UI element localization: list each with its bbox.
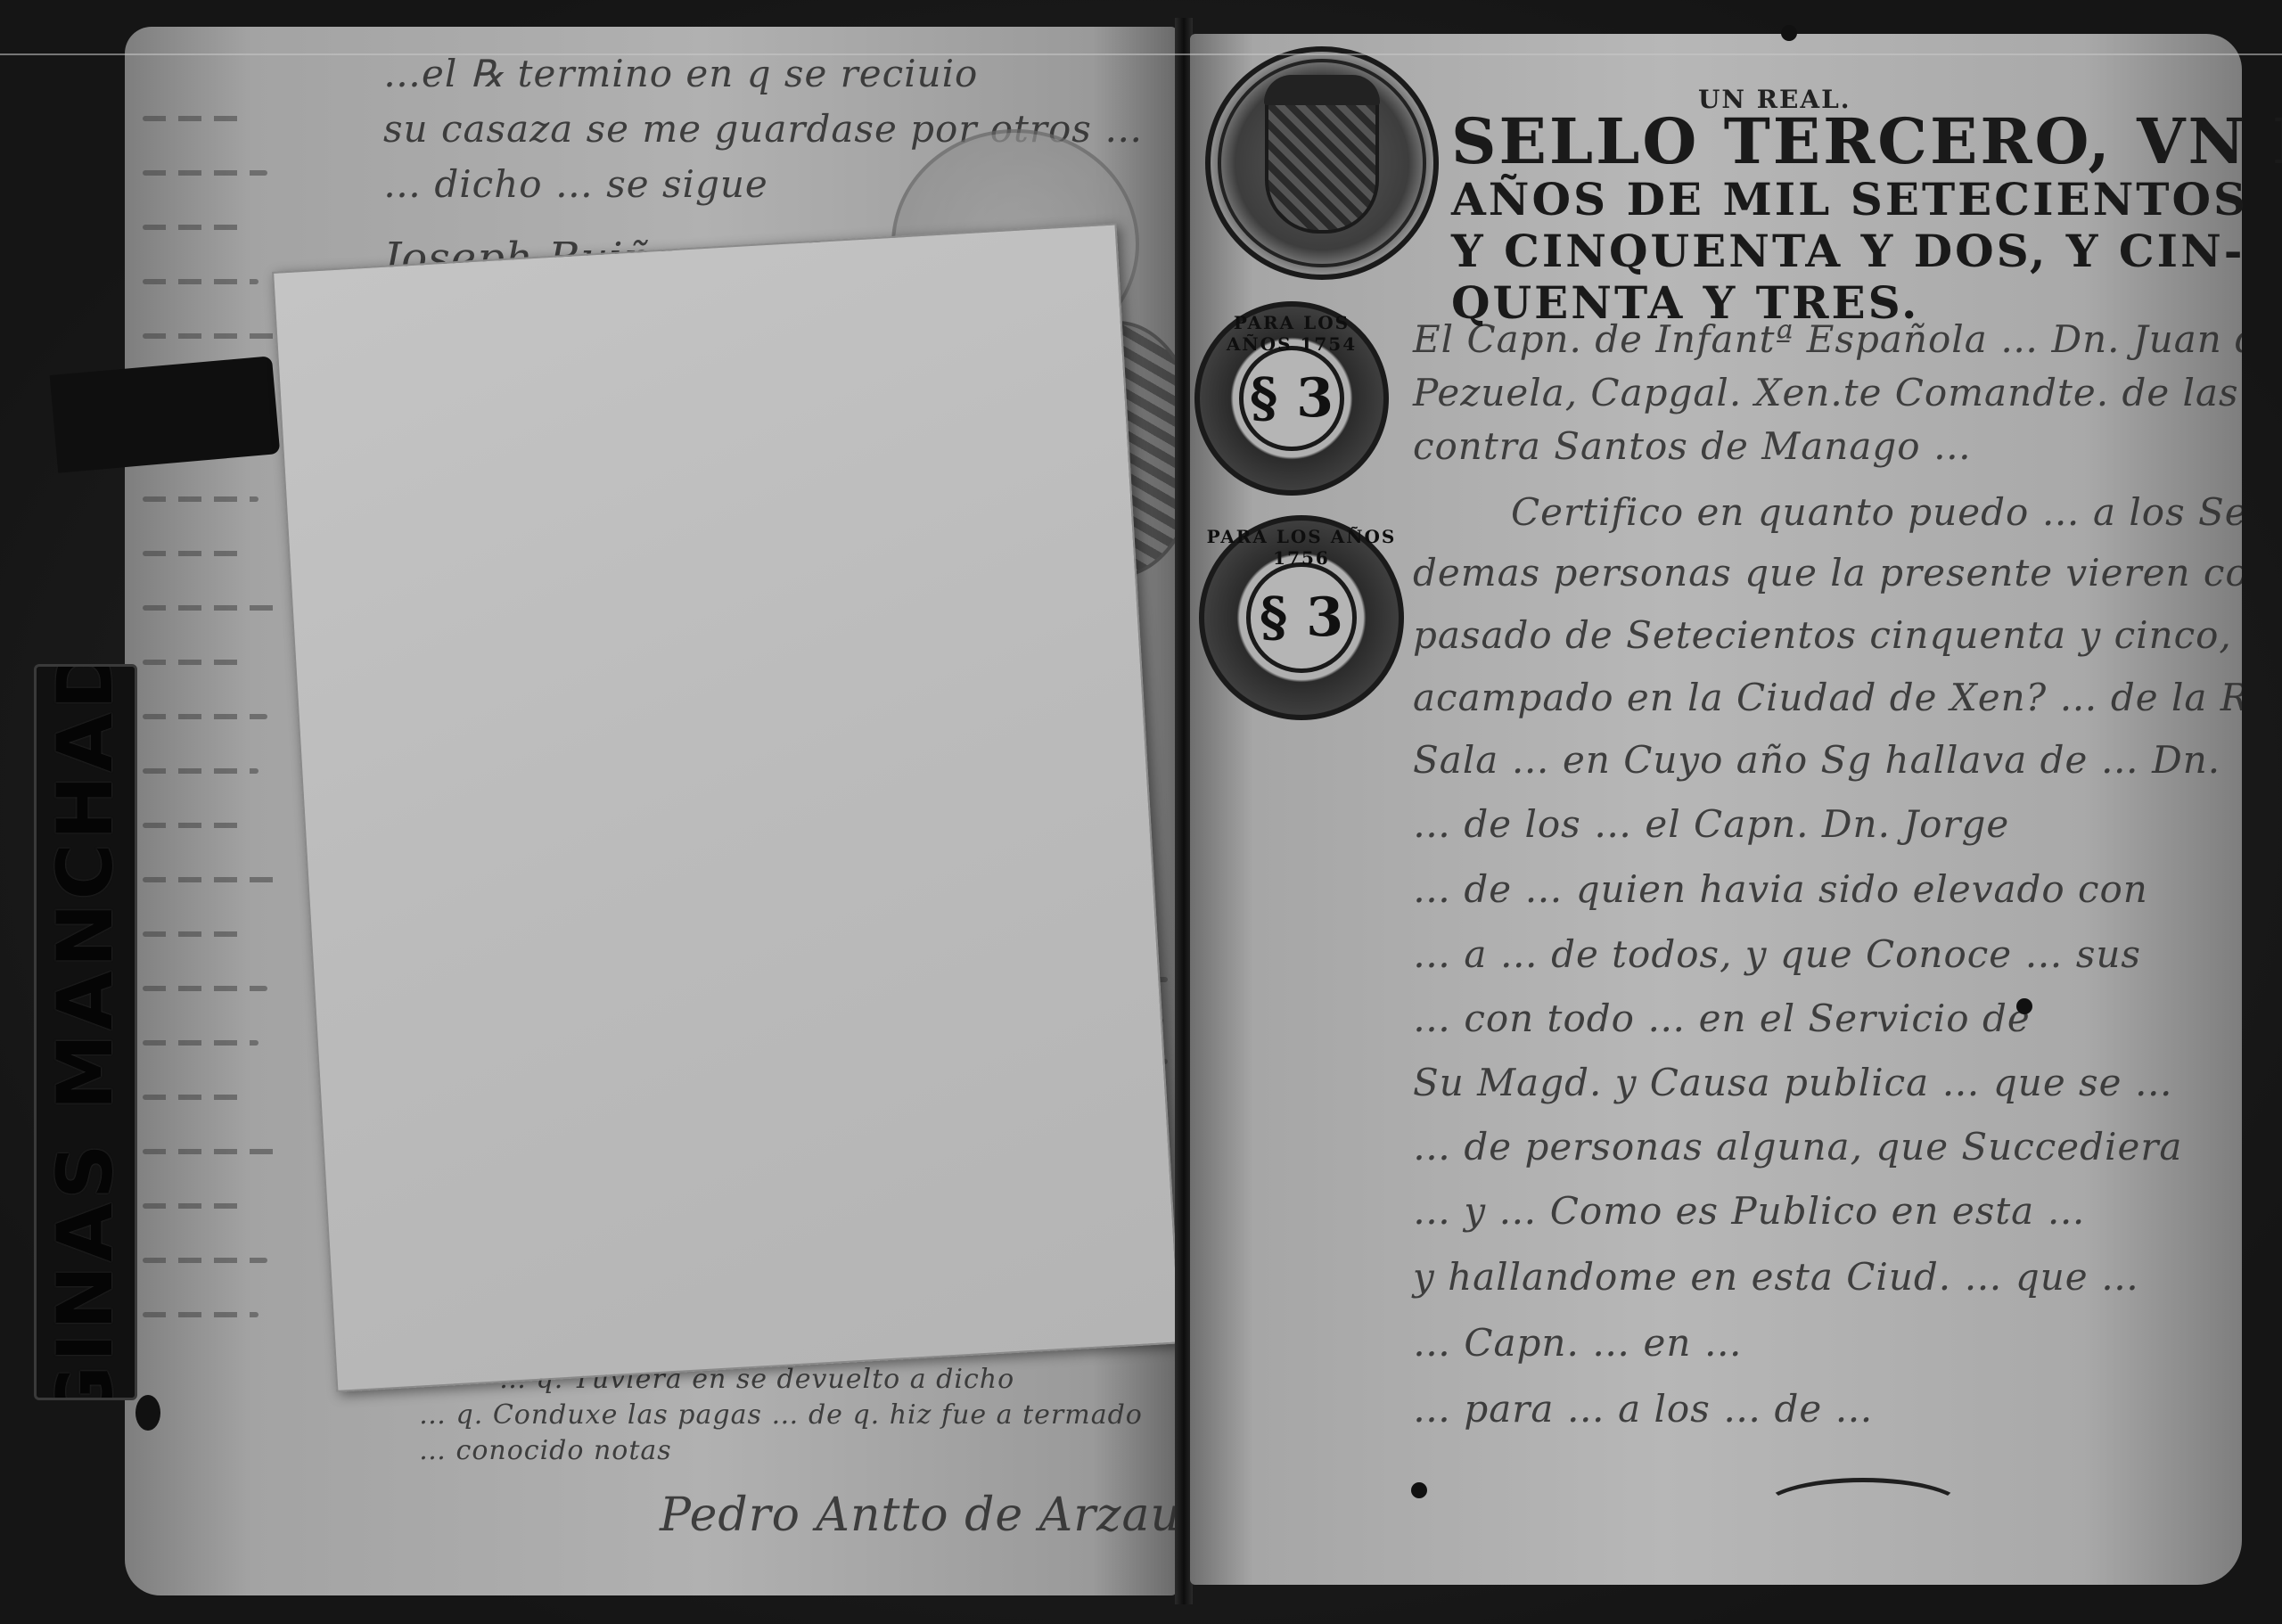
handwriting-line: y hallandome en esta Ciud. … que … bbox=[1413, 1255, 2139, 1299]
scan-artifact-line bbox=[0, 53, 2282, 55]
overlay-paper-slip bbox=[272, 223, 1181, 1392]
header-line-3: Y CINQUENTA Y DOS, Y CIN- bbox=[1451, 226, 2282, 277]
margin-label: PAGINAS MANCHADAS bbox=[34, 664, 137, 1400]
handwriting-line: … para … a los … de … bbox=[1413, 1387, 1874, 1431]
handwriting-line: … de personas alguna, que Succediera bbox=[1413, 1125, 2182, 1169]
handwriting-line: Certifico en quanto puedo … a los Señore… bbox=[1511, 490, 2242, 534]
handwriting-line: Pezuela, Capgal. Xen.te Comandte. de las… bbox=[1413, 371, 2242, 414]
handwriting-line: pasado de Setecientos cinquenta y cinco,… bbox=[1413, 613, 2242, 657]
seal-legend: PARA LOS AÑOS 1754 bbox=[1200, 312, 1383, 355]
handwriting-line: … q. Conduxe las pagas … de q. hiz fue a… bbox=[419, 1399, 1143, 1431]
handwriting-line: … con todo … en el Servicio de bbox=[1413, 997, 2031, 1040]
header-line-1: SELLO TERCERO, VN REAL, bbox=[1451, 104, 2282, 178]
ink-blot bbox=[1781, 25, 1797, 41]
handwriting-line: … conocido notas bbox=[419, 1435, 672, 1466]
closing-flourish bbox=[1761, 1478, 1966, 1540]
ink-blot bbox=[135, 1395, 160, 1431]
ink-blot bbox=[2016, 998, 2032, 1014]
handwriting-line: … dicho … se sigue bbox=[383, 162, 768, 206]
handwriting-line: … a … de todos, y que Conoce … sus bbox=[1413, 932, 2141, 976]
handwriting-line: … Capn. … en … bbox=[1413, 1321, 1743, 1365]
handwriting-line: … de … quien havia sido elevado con bbox=[1413, 867, 2148, 911]
handwriting-line: acampado en la Ciudad de Xen? … de la Re… bbox=[1413, 676, 2242, 719]
seal-center: § 3 bbox=[1246, 562, 1356, 672]
margin-label-text: PAGINAS MANCHADAS bbox=[41, 664, 130, 1400]
handwriting-line: Sala … en Cuyo año Sg hallava de … Dn. bbox=[1413, 738, 2220, 782]
margin-handwriting bbox=[143, 80, 276, 1317]
handwriting-line: … de los … el Capn. Dn. Jorge bbox=[1413, 802, 2009, 846]
tax-seal-1754: PARA LOS AÑOS 1754 § 3 bbox=[1194, 301, 1389, 496]
handwriting-line: demas personas que la presente vieren co… bbox=[1413, 551, 2242, 595]
tax-seal-1756: PARA LOS AÑOS 1756 § 3 bbox=[1199, 515, 1404, 720]
seal-center: § 3 bbox=[1239, 346, 1343, 450]
handwriting-line: contra Santos de Manago … bbox=[1413, 424, 1972, 468]
book-clamp bbox=[50, 356, 281, 472]
seal-legend: PARA LOS AÑOS 1756 bbox=[1204, 526, 1399, 569]
stamped-paper-header: SELLO TERCERO, VN REAL, AÑOS DE MIL SETE… bbox=[1451, 116, 2282, 329]
handwriting-line: … y … Como es Publico en esta … bbox=[1413, 1189, 2086, 1233]
ink-blot bbox=[1411, 1482, 1427, 1498]
handwriting-line: Su Magd. y Causa publica … que se … bbox=[1413, 1061, 2173, 1104]
handwriting-line: …el ℞ termino en q se reciuio bbox=[383, 52, 978, 95]
crown-icon bbox=[1264, 75, 1380, 105]
bottom-signature: Pedro Antto de Arzauela bbox=[660, 1489, 1177, 1542]
header-line-2: AÑOS DE MIL SETECIENTOS bbox=[1451, 174, 2282, 226]
royal-coat-of-arms-seal bbox=[1205, 46, 1439, 280]
header-line-4: QUENTA Y TRES. bbox=[1451, 277, 2282, 329]
